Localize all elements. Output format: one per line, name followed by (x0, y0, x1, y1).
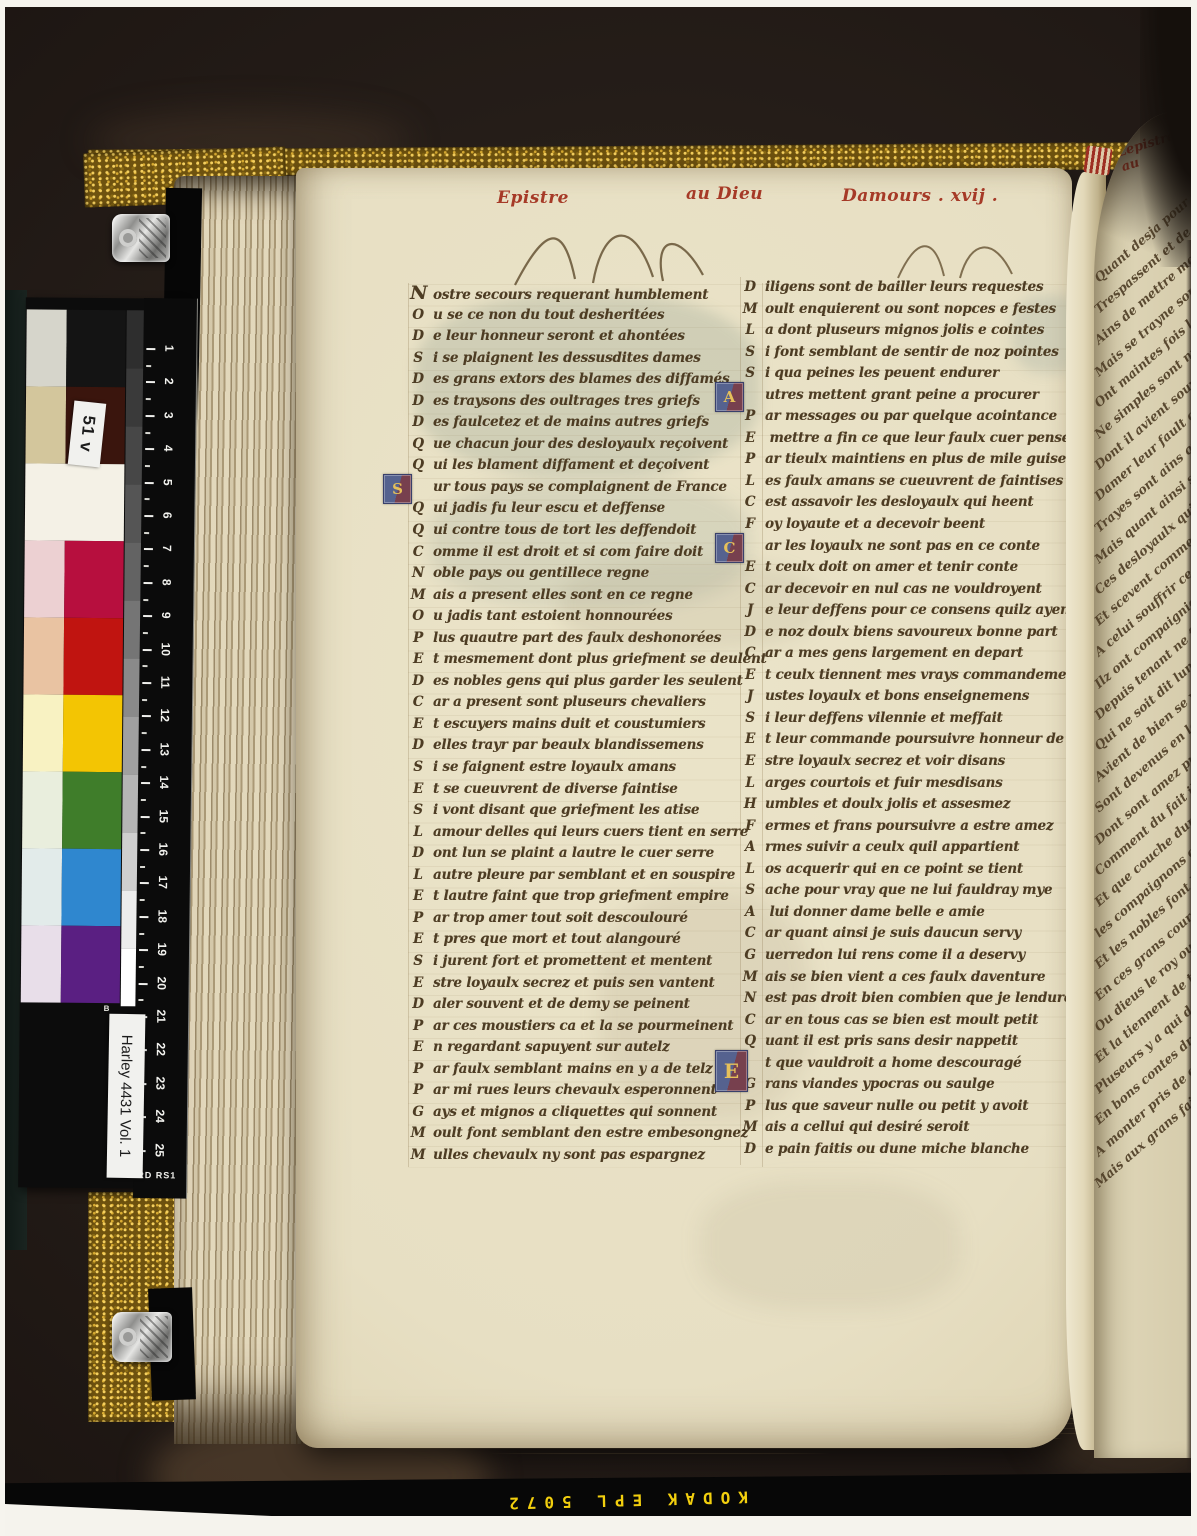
line-text: u se ce non du tout desheritées (433, 307, 664, 323)
manuscript-line: Que chacun jour des desloyaulx reçoivent (410, 434, 762, 456)
line-text: mettre a fin ce que leur faulx cuer pens… (765, 430, 1070, 446)
manuscript-line: Plus que saveur nulle ou petit y avoit (742, 1096, 1094, 1118)
line-capital: S (410, 757, 426, 779)
line-capital: H (742, 794, 758, 816)
manuscript-line: Par tieulx maintiens en plus de mile gui… (742, 449, 1094, 471)
ruler-half-tick (140, 832, 145, 834)
line-text: ui contre tous de tort les deffendoit (433, 522, 696, 538)
line-text: ui les blament diffament et deçoivent (433, 457, 709, 473)
line-capital: S (410, 348, 426, 370)
line-capital: C (410, 542, 426, 564)
manuscript-line: Si se plaignent les dessusdites dames (410, 348, 762, 370)
manuscript-line: Et ceulx tiennent mes vrays commandemens (742, 665, 1094, 687)
manuscript-line: Daler souvent et de demy se peinent (410, 994, 762, 1016)
ruling-vertical (408, 283, 409, 1167)
line-capital: E (410, 714, 426, 736)
ruler-half-tick (146, 365, 151, 367)
ruler-number: 15 (157, 806, 171, 826)
ruler-half-tick (144, 532, 149, 534)
wedge-mark-b: B (104, 1004, 110, 1013)
line-capital: Q (410, 434, 426, 456)
manuscript-line: Lautre pleure par semblant et en souspir… (410, 865, 762, 887)
manuscript-line: Si font semblant de sentir de noz pointe… (742, 342, 1094, 364)
line-capital: C (742, 492, 758, 514)
line-text: ulles chevaulx ny sont pas espargnez (433, 1147, 705, 1163)
calibration-patch (22, 771, 63, 848)
running-title-middle: au Dieu (686, 184, 763, 204)
calibration-patch (26, 309, 67, 386)
line-capital: P (742, 406, 758, 428)
manuscript-line: Car en tous cas se bien est moult petit (742, 1010, 1094, 1032)
line-text: utres mettent grant peine a procurer (765, 387, 1039, 403)
manuscript-line: Foy loyaute et a decevoir beent (742, 514, 1094, 536)
champie-initial: S (383, 474, 412, 504)
manuscript-line: Et pres que mort et tout alangouré (410, 929, 762, 951)
ruler-half-tick (145, 432, 150, 434)
line-capital: D (410, 369, 426, 391)
line-text: t leur commande poursuivre honneur de fa… (765, 731, 1093, 747)
manuscript-line: Car decevoir en nul cas ne vouldroyent (742, 579, 1094, 601)
line-text: ont lun se plaint a lautre le cuer serre (433, 845, 714, 861)
ruler-footer-label: RD RS1 (137, 1170, 185, 1181)
manuscript-line: Car a mes gens largement en depart (742, 643, 1094, 665)
line-capital: P (410, 1016, 426, 1038)
line-text: ais a present elles sont en ce regne (433, 587, 693, 603)
line-capital: P (410, 628, 426, 650)
calibration-patch (61, 849, 121, 927)
manuscript-line: Par ces moustiers ca et la se pourmeinen… (410, 1016, 762, 1038)
line-text: ar mi rues leurs chevaulx esperonnent (433, 1082, 717, 1098)
line-capital: P (410, 1059, 426, 1081)
line-capital: P (410, 908, 426, 930)
line-capital: E (410, 886, 426, 908)
line-text: uerredon lui rens come il a deservy (765, 947, 1025, 963)
line-capital: Q (410, 455, 426, 477)
ruler-number: 24 (153, 1106, 167, 1126)
line-text: ar trop amer tout soit descoulouré (433, 910, 688, 926)
line-text: n regardant sapuyent sur autelz (433, 1039, 669, 1055)
line-text: omme il est droit et si com faire doit (433, 544, 703, 560)
ruler-number: 18 (155, 906, 169, 926)
line-text: es grans extors des blames des diffamés (433, 371, 729, 387)
manuscript-line: ar les loyaulx ne sont pas en ce conte (742, 536, 1094, 558)
line-capital: L (742, 320, 758, 342)
line-text: t ceulx doit on amer et tenir conte (765, 559, 1018, 575)
calibration-patch (61, 926, 121, 1004)
line-text: i vont disant que griefment les atise (433, 802, 699, 818)
photo-frame-edge (0, 0, 1197, 7)
manuscript-line: Qui les blament diffament et deçoivent (410, 455, 762, 477)
photo-frame-edge (1191, 0, 1197, 1536)
calibration-patch (23, 694, 64, 771)
line-capital: D (742, 622, 758, 644)
line-capital: C (742, 643, 758, 665)
line-text: i font semblant de sentir de noz pointes (765, 344, 1059, 360)
manuscript-line: Quant il est pris sans desir nappetit (742, 1031, 1094, 1053)
manuscript-line: A lui donner dame belle e amie (742, 902, 1094, 924)
calibration-patch (66, 310, 126, 388)
line-text: stre loyaulx secrez et voir disans (765, 753, 1005, 769)
manuscript-line: Los acquerir qui en ce point se tient (742, 859, 1094, 881)
ruler-number: 5 (161, 472, 175, 492)
manuscript-line: Des grans extors des blames des diffamés (410, 369, 762, 391)
ruler-number: 21 (154, 1006, 168, 1026)
line-text: ar ces moustiers ca et la se pourmeinent (433, 1018, 733, 1034)
line-capital: E (742, 665, 758, 687)
manuscript-line: Delles trayr par beaulx blandissemens (410, 735, 762, 757)
manuscript-line: Par mi rues leurs chevaulx esperonnent (410, 1080, 762, 1102)
calibration-patch (23, 617, 64, 694)
manuscript-line: Larges courtois et fuir mesdisans (742, 773, 1094, 795)
show-through-stain (700, 1180, 960, 1310)
line-capital: M (742, 299, 758, 321)
manuscript-line: Et leur commande poursuivre honneur de f… (742, 729, 1094, 751)
line-capital: Q (410, 498, 426, 520)
manuscript-line: Ou jadis tant estoient honnourées (410, 606, 762, 628)
line-capital: G (410, 1102, 426, 1124)
line-text: oult font semblant den estre embesongnez (433, 1125, 748, 1141)
ruler-number: 11 (158, 672, 172, 692)
line-capital: L (410, 822, 426, 844)
manuscript-line: Plus quautre part des faulx deshonorées (410, 628, 762, 650)
line-text: autre pleure par semblant et en souspire (433, 867, 735, 883)
ruler-number: 10 (159, 639, 173, 659)
film-edge-text: KODAK EPL 5072 (388, 1488, 748, 1516)
manuscript-line: Si leur deffens vilennie et meffait (742, 708, 1094, 730)
manuscript-line: Noble pays ou gentillece regne (410, 563, 762, 585)
manuscript-line: Humbles et doulx jolis et assesmez (742, 794, 1094, 816)
line-capital: E (742, 428, 758, 450)
line-capital: P (410, 1080, 426, 1102)
manuscript-line: Et escuyers mains duit et coustumiers (410, 714, 762, 736)
line-text: amour delles qui leurs cuers tient en se… (433, 824, 748, 840)
manuscript-line: La dont pluseurs mignos jolis e cointes (742, 320, 1094, 342)
manuscript-line: Par messages ou par quelque acointance (742, 406, 1094, 428)
ruler-tick (146, 415, 155, 417)
calibration-patch (24, 540, 65, 617)
ruler-tick (141, 782, 150, 784)
manuscript-line: t que vauldroit a home descouragé (742, 1053, 1094, 1075)
line-text: i leur deffens vilennie et meffait (765, 710, 1003, 726)
line-capital: N (410, 283, 426, 305)
ruler-number: 2 (162, 372, 176, 392)
left-text-column: Nostre secours requerant humblementOu se… (410, 283, 762, 1166)
color-patch-grid (27, 309, 126, 310)
folio-number-sticker: 51 v (68, 401, 107, 468)
manuscript-line: Moult enquierent ou sont nopces e festes (742, 299, 1094, 321)
line-text: ar a mes gens largement en depart (765, 645, 1023, 661)
manuscript-line: Comme il est droit et si com faire doit (410, 542, 762, 564)
line-capital: M (742, 967, 758, 989)
manuscript-line: De noz doulx biens savoureux bonne part (742, 622, 1094, 644)
ruler-tick (145, 482, 154, 484)
ruler-number: 12 (158, 706, 172, 726)
line-text: ays et mignos a cliquettes qui sonnent (433, 1104, 717, 1120)
line-text: ustes loyaulx et bons enseignemens (765, 688, 1029, 704)
manuscript-line: Grans viandes ypocras ou saulge (742, 1074, 1094, 1096)
line-capital: E (410, 973, 426, 995)
manuscript-line: E mettre a fin ce que leur faulx cuer pe… (742, 428, 1094, 450)
line-text: i qua peines les peuent endurer (765, 365, 999, 381)
manuscript-line: Et lautre faint que trop griefment empir… (410, 886, 762, 908)
manuscript-line: Justes loyaulx et bons enseignemens (742, 686, 1094, 708)
calibration-patch (25, 463, 125, 541)
ruler-half-tick (143, 632, 148, 634)
ruler-tick (139, 949, 148, 951)
manuscript-line: Sache pour vray que ne lui fauldray mye (742, 880, 1094, 902)
ruler-number: 6 (160, 505, 174, 525)
line-capital: L (410, 865, 426, 887)
line-text: i se plaignent les dessusdites dames (433, 350, 701, 366)
line-capital: S (410, 800, 426, 822)
ruler-tick (146, 381, 155, 383)
line-capital: L (742, 859, 758, 881)
line-text: lus que saveur nulle ou petit y avoit (765, 1098, 1028, 1114)
line-capital: D (410, 735, 426, 757)
ruler-tick (143, 649, 152, 651)
line-capital: D (410, 994, 426, 1016)
line-capital: P (742, 1096, 758, 1118)
line-text: ur tous pays se complaignent de France (433, 479, 727, 495)
endband (1083, 145, 1113, 175)
ruler-tick (143, 615, 152, 617)
line-text: i se faignent estre loyaulx amans (433, 759, 676, 775)
line-text: est assavoir les desloyaulx qui heent (765, 494, 1033, 510)
ruler-half-tick (145, 498, 150, 500)
ruler-number: 25 (152, 1140, 166, 1160)
ruler-number: 3 (161, 405, 175, 425)
top-right-shadow (1140, 7, 1197, 267)
line-capital: S (410, 951, 426, 973)
line-text: est pas droit bien combien que je lendur… (765, 990, 1072, 1006)
line-capital: S (742, 708, 758, 730)
ruler-number: 4 (161, 438, 175, 458)
line-text: u jadis tant estoient honnourées (433, 608, 672, 624)
line-text: ostre secours requerant humblement (433, 287, 708, 303)
ruler-tick (146, 348, 155, 350)
ruler-tick (141, 749, 150, 751)
ruler-tick (145, 448, 154, 450)
photo-frame-edge (0, 0, 5, 1536)
manuscript-line: Lamour delles qui leurs cuers tient en s… (410, 822, 762, 844)
manuscript-line: Si qua peines les peuent endurer (742, 363, 1094, 385)
line-text: aler souvent et de demy se peinent (433, 996, 690, 1012)
manuscript-line: Ou se ce non du tout desheritées (410, 305, 762, 327)
ruler-half-tick (142, 732, 147, 734)
line-text: e pain faitis ou dune miche blanche (765, 1141, 1029, 1157)
manuscript-line: Gays et mignos a cliquettes qui sonnent (410, 1102, 762, 1124)
line-text: ais se bien vient a ces faulx daventure (765, 969, 1045, 985)
ruler-half-tick (139, 932, 144, 934)
ruler-number: 14 (157, 772, 171, 792)
line-text: t pres que mort et tout alangouré (433, 931, 681, 947)
line-capital: E (410, 779, 426, 801)
manuscript-line: ur tous pays se complaignent de France (410, 477, 762, 499)
line-text: e leur honneur seront et ahontées (433, 328, 685, 344)
line-capital: E (742, 729, 758, 751)
manuscript-line: Diligens sont de bailler leurs requestes (742, 277, 1094, 299)
line-text: es faulx amans se cueuvrent de faintises (765, 473, 1063, 489)
line-text: stre loyaulx secrez et puis sen vantent (433, 975, 715, 991)
line-capital: M (742, 1117, 758, 1139)
line-text: t lautre faint que trop griefment empire (433, 888, 729, 904)
calibration-patch (21, 848, 62, 925)
line-capital: M (410, 1145, 426, 1167)
cadel-flourish (890, 232, 1020, 282)
champie-initial: A (715, 382, 744, 412)
line-text: ar tieulx maintiens en plus de mile guis… (765, 451, 1073, 467)
metal-clip-bottom (112, 1312, 172, 1362)
manuscript-line: utres mettent grant peine a procurer (742, 385, 1094, 407)
ruler-half-tick (144, 565, 149, 567)
line-capital: E (742, 557, 758, 579)
ruler-tick (142, 682, 151, 684)
manuscript-line: Par faulx semblant mains en y a de telz (410, 1059, 762, 1081)
line-capital: M (410, 1123, 426, 1145)
line-capital: E (410, 1037, 426, 1059)
manuscript-line: Moult font semblant den estre embesongne… (410, 1123, 762, 1145)
shelfmark-sticker: Harley 4431 Vol. 1 (107, 1014, 146, 1179)
line-text: ar decevoir en nul cas ne vouldroyent (765, 581, 1042, 597)
line-capital: D (742, 1139, 758, 1161)
manuscript-line: Nest pas droit bien combien que je lendu… (742, 988, 1094, 1010)
manuscript-line: Car quant ainsi je suis daucun servy (742, 923, 1094, 945)
line-capital: J (742, 686, 758, 708)
line-text: e leur deffens pour ce consens quilz aye… (765, 602, 1076, 618)
ruler-half-tick (146, 398, 151, 400)
manuscript-line: Qui contre tous de tort les deffendoit (410, 520, 762, 542)
manuscript-line: Car a present sont pluseurs chevaliers (410, 692, 762, 714)
line-capital: S (742, 880, 758, 902)
line-text: ache pour vray que ne lui fauldray mye (765, 882, 1052, 898)
line-text: ar faulx semblant mains en y a de telz (433, 1061, 712, 1077)
manuscript-line: Si se faignent estre loyaulx amans (410, 757, 762, 779)
champie-initial: E (715, 1050, 748, 1092)
line-text: ar les loyaulx ne sont pas en ce conte (765, 538, 1040, 554)
manuscript-line: Si jurent fort et promettent et mentent (410, 951, 762, 973)
line-capital: N (742, 988, 758, 1010)
line-capital: M (410, 585, 426, 607)
line-text: ui jadis fu leur escu et deffense (433, 500, 665, 516)
manuscript-line: Par trop amer tout soit descoulouré (410, 908, 762, 930)
line-text: ar a present sont pluseurs chevaliers (433, 694, 706, 710)
ruler-half-tick (141, 799, 146, 801)
ruler-tick (141, 816, 150, 818)
line-capital: S (742, 363, 758, 385)
manuscript-line: Et se cueuvrent de diverse faintise (410, 779, 762, 801)
line-capital: F (742, 816, 758, 838)
manuscript-line: Mais a cellui qui desiré seroit (742, 1117, 1094, 1139)
line-capital: D (410, 326, 426, 348)
line-text: i jurent fort et promettent et mentent (433, 953, 712, 969)
ruler-tick (140, 882, 149, 884)
line-capital: J (742, 600, 758, 622)
manuscript-line: Mulles chevaulx ny sont pas espargnez (410, 1145, 762, 1167)
manuscript-line: Qui jadis fu leur escu et deffense (410, 498, 762, 520)
line-text: lus quautre part des faulx deshonorées (433, 630, 721, 646)
line-capital: Q (410, 520, 426, 542)
line-text: t escuyers mains duit et coustumiers (433, 716, 705, 732)
line-capital: D (410, 843, 426, 865)
manuscript-line: Et mesmement dont plus griefment se deul… (410, 649, 762, 671)
ruler-half-tick (142, 699, 147, 701)
manuscript-line: Estre loyaulx secrez et puis sen vantent (410, 973, 762, 995)
manuscript-line: Dont lun se plaint a lautre le cuer serr… (410, 843, 762, 865)
manuscript-line: Si vont disant que griefment les atise (410, 800, 762, 822)
calibration-patch (62, 772, 122, 850)
line-capital: P (742, 449, 758, 471)
champie-initial: C (715, 533, 744, 563)
recto-page-sliver: Lepistre au Quant desja pour dieux sont … (1094, 112, 1197, 1458)
line-text: ue chacun jour des desloyaulx reçoivent (433, 436, 728, 452)
ruler-number: 7 (160, 539, 174, 559)
line-text: es faulcetez et de mains autres griefs (433, 414, 709, 430)
ruler-half-tick (139, 966, 144, 968)
ruler-half-tick (140, 899, 145, 901)
ruler-number: 16 (156, 839, 170, 859)
calibration-patch (63, 618, 123, 696)
manuscript-line: Nostre secours requerant humblement (410, 283, 762, 305)
line-text: arges courtois et fuir mesdisans (765, 775, 1003, 791)
line-text: rmes suivir a ceulx quil appartient (765, 839, 1019, 855)
ruler-tick (144, 582, 153, 584)
line-text: oble pays ou gentillece regne (433, 565, 649, 581)
ruler-tick (144, 548, 153, 550)
calibration-patch (25, 386, 66, 463)
ruler-number: 22 (154, 1040, 168, 1060)
ruler-tick (144, 515, 153, 517)
manuscript-line: Des faulcetez et de mains autres griefs (410, 412, 762, 434)
manuscript-line: Des nobles gens qui plus garder les seul… (410, 671, 762, 693)
line-text: t se cueuvrent de diverse faintise (433, 781, 678, 797)
line-text: t que vauldroit a home descouragé (765, 1055, 1021, 1071)
ruler-number: 17 (156, 873, 170, 893)
right-text-column: Diligens sont de bailler leurs requestes… (742, 277, 1094, 1160)
line-text: t mesmement dont plus griefment se deule… (433, 651, 767, 667)
line-capital: E (410, 649, 426, 671)
ruler-number: 20 (155, 973, 169, 993)
ruler-number: 1 (162, 338, 176, 358)
line-text: ar quant ainsi je suis daucun servy (765, 925, 1021, 941)
line-capital: C (742, 579, 758, 601)
line-capital: L (742, 773, 758, 795)
line-capital: D (410, 671, 426, 693)
ruler-number: 8 (159, 572, 173, 592)
line-capital: D (410, 391, 426, 413)
line-text: e noz doulx biens savoureux bonne part (765, 624, 1057, 640)
calibration-patch (64, 541, 124, 619)
ruler-number: 9 (159, 605, 173, 625)
calibration-patch (21, 925, 62, 1002)
ruler-half-tick (142, 665, 147, 667)
line-capital: E (410, 929, 426, 951)
line-text: os acquerir qui en ce point se tient (765, 861, 1023, 877)
manuscript-line: Guerredon lui rens come il a deservy (742, 945, 1094, 967)
ruler-half-tick (140, 866, 145, 868)
ruler-number: 23 (153, 1073, 167, 1093)
ruler-tick (142, 715, 151, 717)
manuscript-photograph: Epistre au Dieu Damours . xvij . Nostre … (0, 0, 1197, 1536)
line-capital: L (742, 471, 758, 493)
line-capital: F (742, 514, 758, 536)
manuscript-line: Les faulx amans se cueuvrent de faintise… (742, 471, 1094, 493)
line-text: iligens sont de bailler leurs requestes (765, 279, 1043, 295)
line-text: oult enquierent ou sont nopces e festes (765, 301, 1056, 317)
manuscript-line: Fermes et frans poursuivre a estre amez (742, 816, 1094, 838)
line-text: ar messages ou par quelque acointance (765, 408, 1057, 424)
ruler-half-tick (145, 465, 150, 467)
manuscript-line: Et ceulx doit on amer et tenir conte (742, 557, 1094, 579)
